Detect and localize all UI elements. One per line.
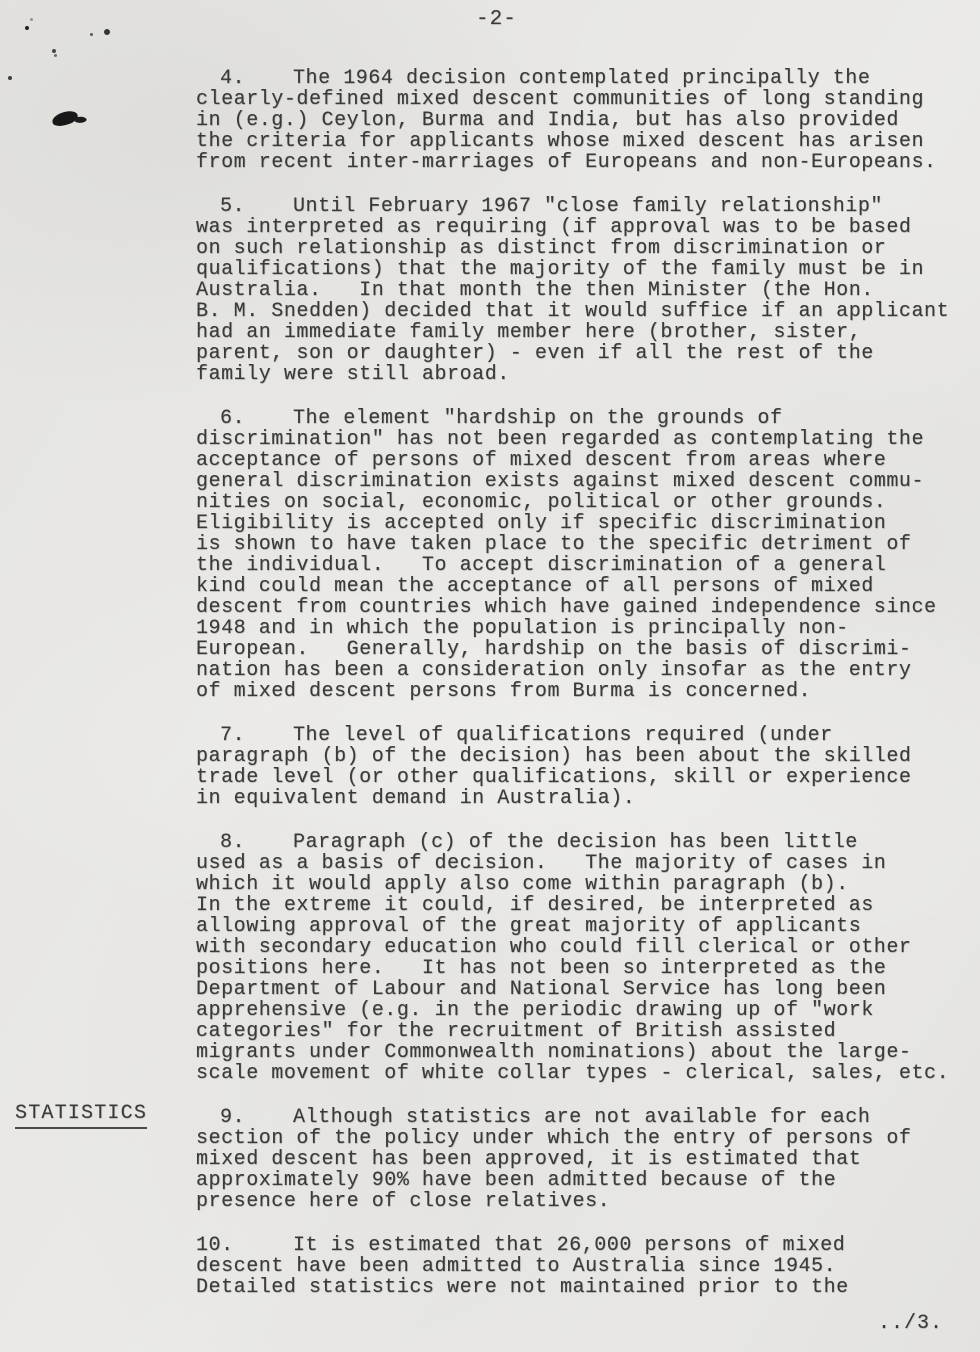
text-line: migrants under Commonwealth nominations)…	[196, 1042, 956, 1063]
paragraph-number: 8.	[220, 832, 245, 853]
document-page: -2- STATISTICS 4.The 1964 decision conte…	[0, 0, 980, 1352]
paragraph-number: 10.	[196, 1235, 234, 1256]
text-line: nities on social, economic, political or…	[196, 492, 956, 513]
paragraph-6: 6.The element "hardship on the grounds o…	[196, 408, 956, 702]
text-line: the individual. To accept discrimination…	[196, 555, 956, 576]
ink-speck	[30, 18, 33, 21]
text-line: nation has been a consideration only ins…	[196, 660, 956, 681]
ink-speck	[104, 29, 110, 35]
text-line: Detailed statistics were not maintained …	[196, 1277, 956, 1298]
text-line: Although statistics are not available fo…	[196, 1107, 956, 1128]
text-line: used as a basis of decision. The majorit…	[196, 853, 956, 874]
text-line: In the extreme it could, if desired, be …	[196, 895, 956, 916]
text-line: general discrimination exists against mi…	[196, 471, 956, 492]
text-line: from recent inter-marriages of Europeans…	[196, 152, 956, 173]
paragraph-4: 4.The 1964 decision contemplated princip…	[196, 68, 956, 173]
paragraph-number: 7.	[220, 725, 245, 746]
text-line: kind could mean the acceptance of all pe…	[196, 576, 956, 597]
ink-speck	[25, 26, 29, 30]
paragraph-number: 6.	[220, 408, 245, 429]
paragraph-number: 5.	[220, 196, 245, 217]
text-line: in equivalent demand in Australia).	[196, 788, 956, 809]
text-line: presence here of close relatives.	[196, 1191, 956, 1212]
text-line: descent from countries which have gained…	[196, 597, 956, 618]
text-line: of mixed descent persons from Burma is c…	[196, 681, 956, 702]
paragraph-number: 4.	[220, 68, 245, 89]
text-line: European. Generally, hardship on the bas…	[196, 639, 956, 660]
text-line: paragraph (b) of the decision) has been …	[196, 746, 956, 767]
ink-speck	[52, 49, 56, 53]
page-number: -2-	[476, 8, 517, 31]
text-line: descent have been admitted to Australia …	[196, 1256, 956, 1277]
margin-heading-statistics: STATISTICS	[15, 1102, 147, 1129]
text-line: Australia. In that month the then Minist…	[196, 280, 956, 301]
paragraph-9: 9.Although statistics are not available …	[196, 1107, 956, 1212]
text-line: 1948 and in which the population is prin…	[196, 618, 956, 639]
text-line: was interpreted as requiring (if approva…	[196, 217, 956, 238]
text-line: B. M. Snedden) decided that it would suf…	[196, 301, 956, 322]
text-line: section of the policy under which the en…	[196, 1128, 956, 1149]
paragraph-number: 9.	[220, 1107, 245, 1128]
text-line: parent, son or daughter) - even if all t…	[196, 343, 956, 364]
paragraph-10: 10.It is estimated that 26,000 persons o…	[196, 1235, 956, 1298]
text-line: family were still abroad.	[196, 364, 956, 385]
text-line: which it would apply also come within pa…	[196, 874, 956, 895]
text-line: mixed descent has been approved, it is e…	[196, 1149, 956, 1170]
text-line: Department of Labour and National Servic…	[196, 979, 956, 1000]
ink-speck	[8, 76, 12, 80]
text-line: with secondary education who could fill …	[196, 937, 956, 958]
text-line: Until February 1967 "close family relati…	[196, 196, 956, 217]
text-line: The 1964 decision contemplated principal…	[196, 68, 956, 89]
text-line: allowing approval of the great majority …	[196, 916, 956, 937]
body-text-block: 4.The 1964 decision contemplated princip…	[196, 68, 956, 1298]
text-line: is shown to have taken place to the spec…	[196, 534, 956, 555]
ink-speck	[90, 33, 93, 36]
text-line: scale movement of white collar types - c…	[196, 1063, 956, 1084]
text-line: Eligibility is accepted only if specific…	[196, 513, 956, 534]
text-line: in (e.g.) Ceylon, Burma and India, but h…	[196, 110, 956, 131]
paragraph-7: 7.The level of qualifications required (…	[196, 725, 956, 809]
text-line: approximately 90% have been admitted bec…	[196, 1170, 956, 1191]
text-line: on such relationship as distinct from di…	[196, 238, 956, 259]
text-line: The level of qualifications required (un…	[196, 725, 956, 746]
text-line: acceptance of persons of mixed descent f…	[196, 450, 956, 471]
text-line: positions here. It has not been so inter…	[196, 958, 956, 979]
continuation-marker: ../3.	[878, 1312, 943, 1335]
text-line: clearly-defined mixed descent communitie…	[196, 89, 956, 110]
text-line: It is estimated that 26,000 persons of m…	[196, 1235, 956, 1256]
text-line: Paragraph (c) of the decision has been l…	[196, 832, 956, 853]
ink-speck	[54, 54, 57, 57]
paragraph-5: 5.Until February 1967 "close family rela…	[196, 196, 956, 385]
ink-blot	[51, 109, 79, 127]
text-line: qualifications) that the majority of the…	[196, 259, 956, 280]
text-line: apprehensive (e.g. in the periodic drawi…	[196, 1000, 956, 1021]
text-line: categories" for the recruitment of Briti…	[196, 1021, 956, 1042]
text-line: discrimination" has not been regarded as…	[196, 429, 956, 450]
text-line: The element "hardship on the grounds of	[196, 408, 956, 429]
text-line: had an immediate family member here (bro…	[196, 322, 956, 343]
text-line: the criteria for applicants whose mixed …	[196, 131, 956, 152]
paragraph-8: 8.Paragraph (c) of the decision has been…	[196, 832, 956, 1084]
text-line: trade level (or other qualifications, sk…	[196, 767, 956, 788]
